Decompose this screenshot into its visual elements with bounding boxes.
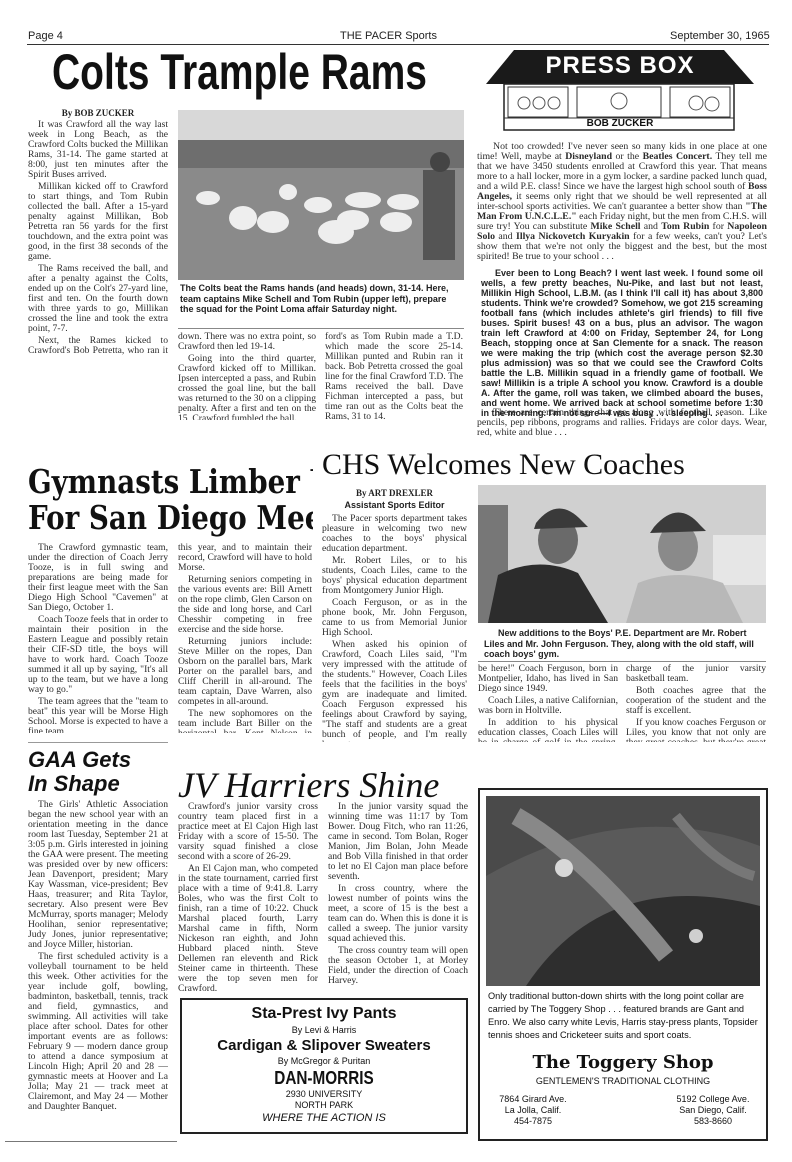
paragraph: Millikan kicked off to Crawford to start… [28, 182, 168, 262]
text: it seems only right that we should be we… [477, 191, 767, 212]
toggery-la-jolla-location: 7864 Girard Ave. La Jolla, Calif. 454-78… [488, 1094, 578, 1127]
gymnasts-column-1: The Crawford gymnastic team, under the d… [28, 543, 168, 733]
phone: 583-8660 [668, 1116, 758, 1127]
colts-headline: Colts Trample Rams [52, 46, 348, 98]
gaa-headline: GAA Gets In Shape [28, 748, 168, 796]
toggery-san-diego-location: 5192 College Ave. San Diego, Calif. 583-… [668, 1094, 758, 1127]
colts-column-1: It was Crawford all the way last week in… [28, 120, 168, 355]
ad-store-name: DAN-MORRIS [203, 1067, 444, 1089]
coaches-column-3: charge of the junior varsity basketball … [626, 664, 766, 742]
press-box-author: BOB ZUCKER [484, 118, 756, 129]
paragraph: Coach Liles, a native Californian, was b… [478, 696, 618, 716]
masthead-rule [27, 44, 769, 45]
address: 7864 Girard Ave. [488, 1094, 578, 1105]
toggery-ad-copy: Only traditional button-down shirts with… [488, 990, 760, 1042]
toggery-store-name: The Toggery Shop [480, 1052, 766, 1074]
ad-line-sweater-brands: By McGregor & Puritan [182, 1055, 466, 1067]
colts-column-2: down. There was no extra point, so Crawf… [178, 332, 316, 420]
paragraph: The Rams received the ball, and after a … [28, 264, 168, 334]
paragraph: The cross country team will open the sea… [328, 946, 468, 986]
coaches-headline: CHS Welcomes New Coaches [322, 448, 782, 482]
paragraph: Going into the third quarter, Crawford k… [178, 354, 316, 420]
coaches-column-1: The Pacer sports department takes pleasu… [322, 514, 467, 742]
ad-neighborhood: NORTH PARK [182, 1100, 466, 1111]
shirt-collar-image [486, 796, 760, 986]
gymnasts-column-2: this year, and to maintain their record,… [178, 543, 312, 733]
paragraph: In cross country, where the lowest numbe… [328, 884, 468, 944]
paragraph: The new sophomores on the team include B… [178, 709, 312, 733]
colts-photo-caption: The Colts beat the Rams hands (and heads… [180, 283, 462, 315]
gaa-body: The Girls' Athletic Association began th… [28, 800, 168, 1130]
press-box-paragraph-3: There are certain things that go along w… [477, 408, 767, 438]
paragraph: ford's as Tom Rubin made a T.D. which ma… [325, 332, 463, 420]
page-number: Page 4 [28, 30, 63, 42]
address: 5192 College Ave. [668, 1094, 758, 1105]
harriers-column-1: Crawford's junior varsity cross country … [178, 802, 318, 992]
coaches-portrait-image [478, 485, 766, 623]
coaches-photo-caption: New additions to the Boys' P.E. Departme… [484, 628, 762, 660]
city: La Jolla, Calif. [488, 1105, 578, 1116]
colts-byline: By BOB ZUCKER [28, 108, 168, 118]
toggery-tagline: GENTLEMEN'S TRADITIONAL CLOTHING [480, 1076, 766, 1086]
paper-section-title: THE PACER Sports [340, 30, 437, 42]
paragraph: When asked his opinion of Crawford, Coac… [322, 640, 467, 742]
paragraph: Coach Tooze feels that in order to maint… [28, 615, 168, 695]
colts-headline-wrap: Colts Trample Rams [52, 46, 432, 106]
ad-line-pants-brands: By Levi & Harris [182, 1024, 466, 1036]
coaches-byline: By ART DREXLER [322, 488, 467, 498]
coaches-column-2: be here!" Coach Ferguson, born in Montpe… [478, 664, 618, 742]
harriers-headline: JV Harriers Shine [178, 766, 478, 804]
ad-line-sweaters: Cardigan & Slipover Sweaters [182, 1036, 466, 1055]
paragraph: The Pacer sports department takes pleasu… [322, 514, 467, 554]
ad-slogan: WHERE THE ACTION IS [182, 1111, 466, 1125]
gymnasts-headline-wrap: Gymnasts Limber Up For San Diego Meet [28, 464, 313, 542]
paragraph: Returning seniors competing in the vario… [178, 575, 312, 635]
dan-morris-ad: Sta-Prest Ivy Pants By Levi & Harris Car… [180, 998, 468, 1134]
paragraph: If you know coaches Ferguson or Liles, y… [626, 718, 766, 742]
paragraph: Both coaches agree that the cooperation … [626, 686, 766, 716]
harriers-column-2: In the junior varsity squad the winning … [328, 802, 468, 992]
press-box-paragraph-1: Not too crowded! I've never seen so many… [477, 142, 767, 262]
press-box-title: PRESS BOX [484, 52, 756, 80]
caption-rule [478, 661, 766, 662]
paragraph: Mr. Robert Liles, or to his students, Co… [322, 556, 467, 596]
ad-address: 2930 UNIVERSITY [182, 1089, 466, 1100]
paragraph: be here!" Coach Ferguson, born in Montpe… [478, 664, 618, 694]
press-box-paragraph-2: Ever been to Long Beach? I went last wee… [481, 268, 763, 418]
city: San Diego, Calif. [668, 1105, 758, 1116]
paragraph: Coach Ferguson, or as in the phone book,… [322, 598, 467, 638]
gaa-headline-line2: In Shape [28, 772, 168, 796]
colts-column-3: ford's as Tom Rubin made a T.D. which ma… [325, 332, 463, 420]
football-practice-image [178, 110, 464, 280]
bottom-rule [5, 1141, 177, 1142]
paragraph: The team agrees that the "team to beat" … [28, 697, 168, 733]
gymnasts-headline-line2: For San Diego Meet [28, 500, 267, 536]
coaches-photo [478, 485, 766, 623]
gymnasts-headline-line1: Gymnasts Limber Up [28, 464, 267, 500]
paragraph: this year, and to maintain their record,… [178, 543, 312, 573]
coaches-byline-title: Assistant Sports Editor [322, 500, 467, 510]
paragraph: It was Crawford all the way last week in… [28, 120, 168, 180]
paragraph: down. There was no extra point, so Crawf… [178, 332, 316, 352]
paragraph: In the junior varsity squad the winning … [328, 802, 468, 882]
caption-rule [178, 328, 464, 329]
paragraph: The Crawford gymnastic team, under the d… [28, 543, 168, 613]
toggery-shirt-collar-photo [486, 796, 760, 986]
press-box-logo: PRESS BOX BOB ZUCKER [484, 48, 756, 132]
paragraph: An El Cajon man, who competed in the sta… [178, 864, 318, 992]
toggery-shop-ad: Only traditional button-down shirts with… [478, 788, 768, 1141]
paragraph: In addition to his physical education cl… [478, 718, 618, 742]
phone: 454-7875 [488, 1116, 578, 1127]
paragraph: Returning juniors include: Steve Miller … [178, 637, 312, 707]
paragraph: The Girls' Athletic Association began th… [28, 800, 168, 950]
paragraph: charge of the junior varsity basketball … [626, 664, 766, 684]
section-rule [28, 742, 168, 743]
paragraph: Next, the Rames kicked to Crawford's Bob… [28, 336, 168, 355]
paragraph: Crawford's junior varsity cross country … [178, 802, 318, 862]
gaa-headline-line1: GAA Gets [28, 748, 168, 772]
issue-date: September 30, 1965 [670, 30, 770, 42]
paragraph: The first scheduled activity is a volley… [28, 952, 168, 1112]
ad-line-pants: Sta-Prest Ivy Pants [182, 1004, 466, 1024]
colts-football-photo [178, 110, 464, 280]
